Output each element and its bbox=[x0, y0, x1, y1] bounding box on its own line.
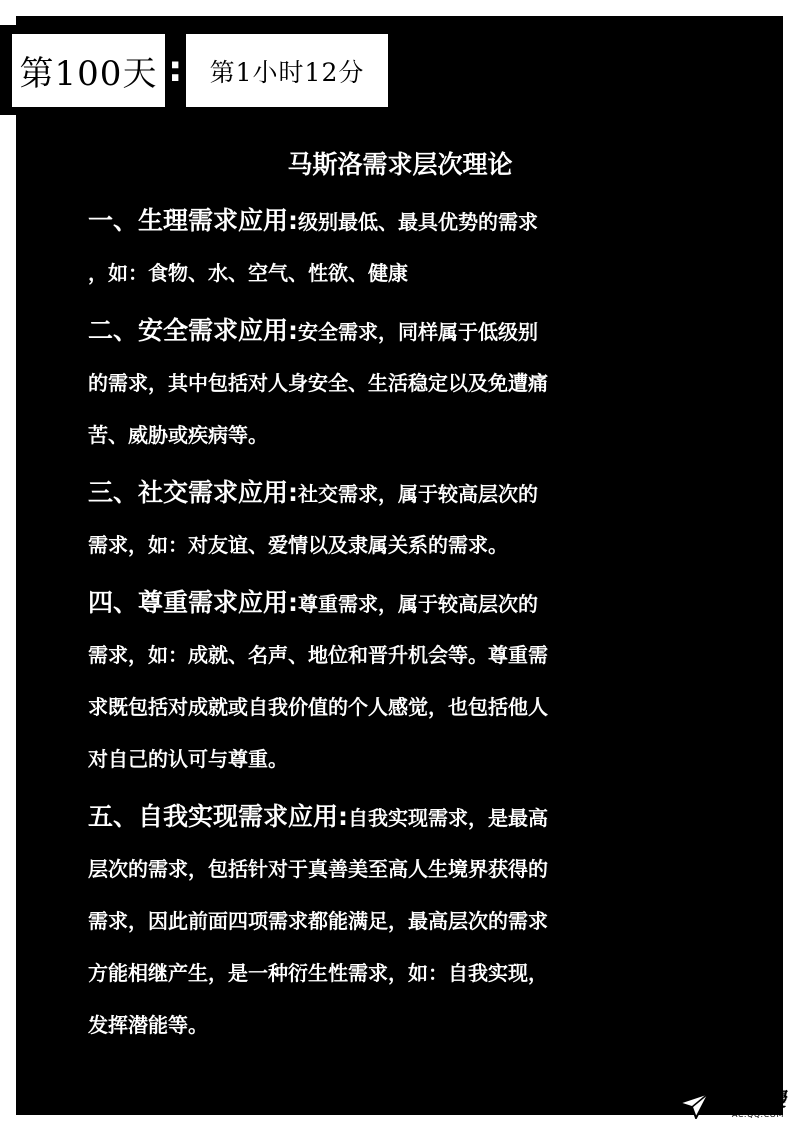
section-text: 的需求，其中包括对人身安全、生活稳定以及免遭痛 bbox=[88, 357, 728, 409]
section-social: 三、社交需求应用:社交需求，属于较高层次的 需求，如：对友谊、爱情以及隶属关系的… bbox=[88, 467, 728, 571]
day-counter-box: 第100天 bbox=[12, 34, 165, 107]
watermark-logo: 腾讯动漫 AC.QQ.COM bbox=[678, 1090, 786, 1119]
section-text: 尊重需求，属于较高层次的 bbox=[298, 592, 538, 616]
section-text: ，如：食物、水、空气、性欲、健康 bbox=[88, 247, 728, 299]
section-text: 需求，因此前面四项需求都能满足，最高层次的需求 bbox=[88, 895, 728, 947]
section-text: 社交需求，属于较高层次的 bbox=[298, 482, 538, 506]
content-body: 一、生理需求应用:级别最低、最具优势的需求 ，如：食物、水、空气、性欲、健康 二… bbox=[88, 195, 728, 1051]
section-text: 层次的需求，包括针对于真善美至高人生境界获得的 bbox=[88, 843, 728, 895]
section-text: 需求，如：对友谊、爱情以及隶属关系的需求。 bbox=[88, 519, 728, 571]
time-label: 第1小时12分 bbox=[210, 53, 365, 89]
brand-url: AC.QQ.COM bbox=[732, 1110, 786, 1119]
section-heading: 一、生理需求应用: bbox=[88, 206, 298, 235]
time-counter-box: 第1小时12分 bbox=[186, 34, 388, 107]
section-text: 需求，如：成就、名声、地位和晋升机会等。尊重需 bbox=[88, 629, 728, 681]
section-physiological: 一、生理需求应用:级别最低、最具优势的需求 ，如：食物、水、空气、性欲、健康 bbox=[88, 195, 728, 299]
section-heading: 二、安全需求应用: bbox=[88, 316, 298, 345]
section-text: 级别最低、最具优势的需求 bbox=[298, 210, 538, 234]
separator-colon: : bbox=[168, 50, 182, 90]
day-label: 第100天 bbox=[20, 46, 158, 95]
section-heading: 三、社交需求应用: bbox=[88, 478, 298, 507]
section-text: 发挥潜能等。 bbox=[88, 999, 728, 1051]
section-heading: 四、尊重需求应用: bbox=[88, 588, 298, 617]
section-text: 自我实现需求，是最高 bbox=[348, 806, 548, 830]
section-text: 苦、威胁或疾病等。 bbox=[88, 409, 728, 461]
page-title: 马斯洛需求层次理论 bbox=[0, 145, 800, 181]
section-text: 方能相继产生，是一种衍生性需求，如：自我实现， bbox=[88, 947, 728, 999]
brand-name: 腾讯动漫 bbox=[710, 1089, 786, 1111]
section-text: 安全需求，同样属于低级别 bbox=[298, 320, 538, 344]
section-text: 对自己的认可与尊重。 bbox=[88, 733, 728, 785]
paper-plane-icon bbox=[678, 1091, 710, 1119]
section-heading: 五、自我实现需求应用: bbox=[88, 802, 348, 831]
section-text: 求既包括对成就或自我价值的个人感觉，也包括他人 bbox=[88, 681, 728, 733]
section-self-actualization: 五、自我实现需求应用:自我实现需求，是最高 层次的需求，包括针对于真善美至高人生… bbox=[88, 791, 728, 1051]
section-safety: 二、安全需求应用:安全需求，同样属于低级别 的需求，其中包括对人身安全、生活稳定… bbox=[88, 305, 728, 461]
section-esteem: 四、尊重需求应用:尊重需求，属于较高层次的 需求，如：成就、名声、地位和晋升机会… bbox=[88, 577, 728, 785]
